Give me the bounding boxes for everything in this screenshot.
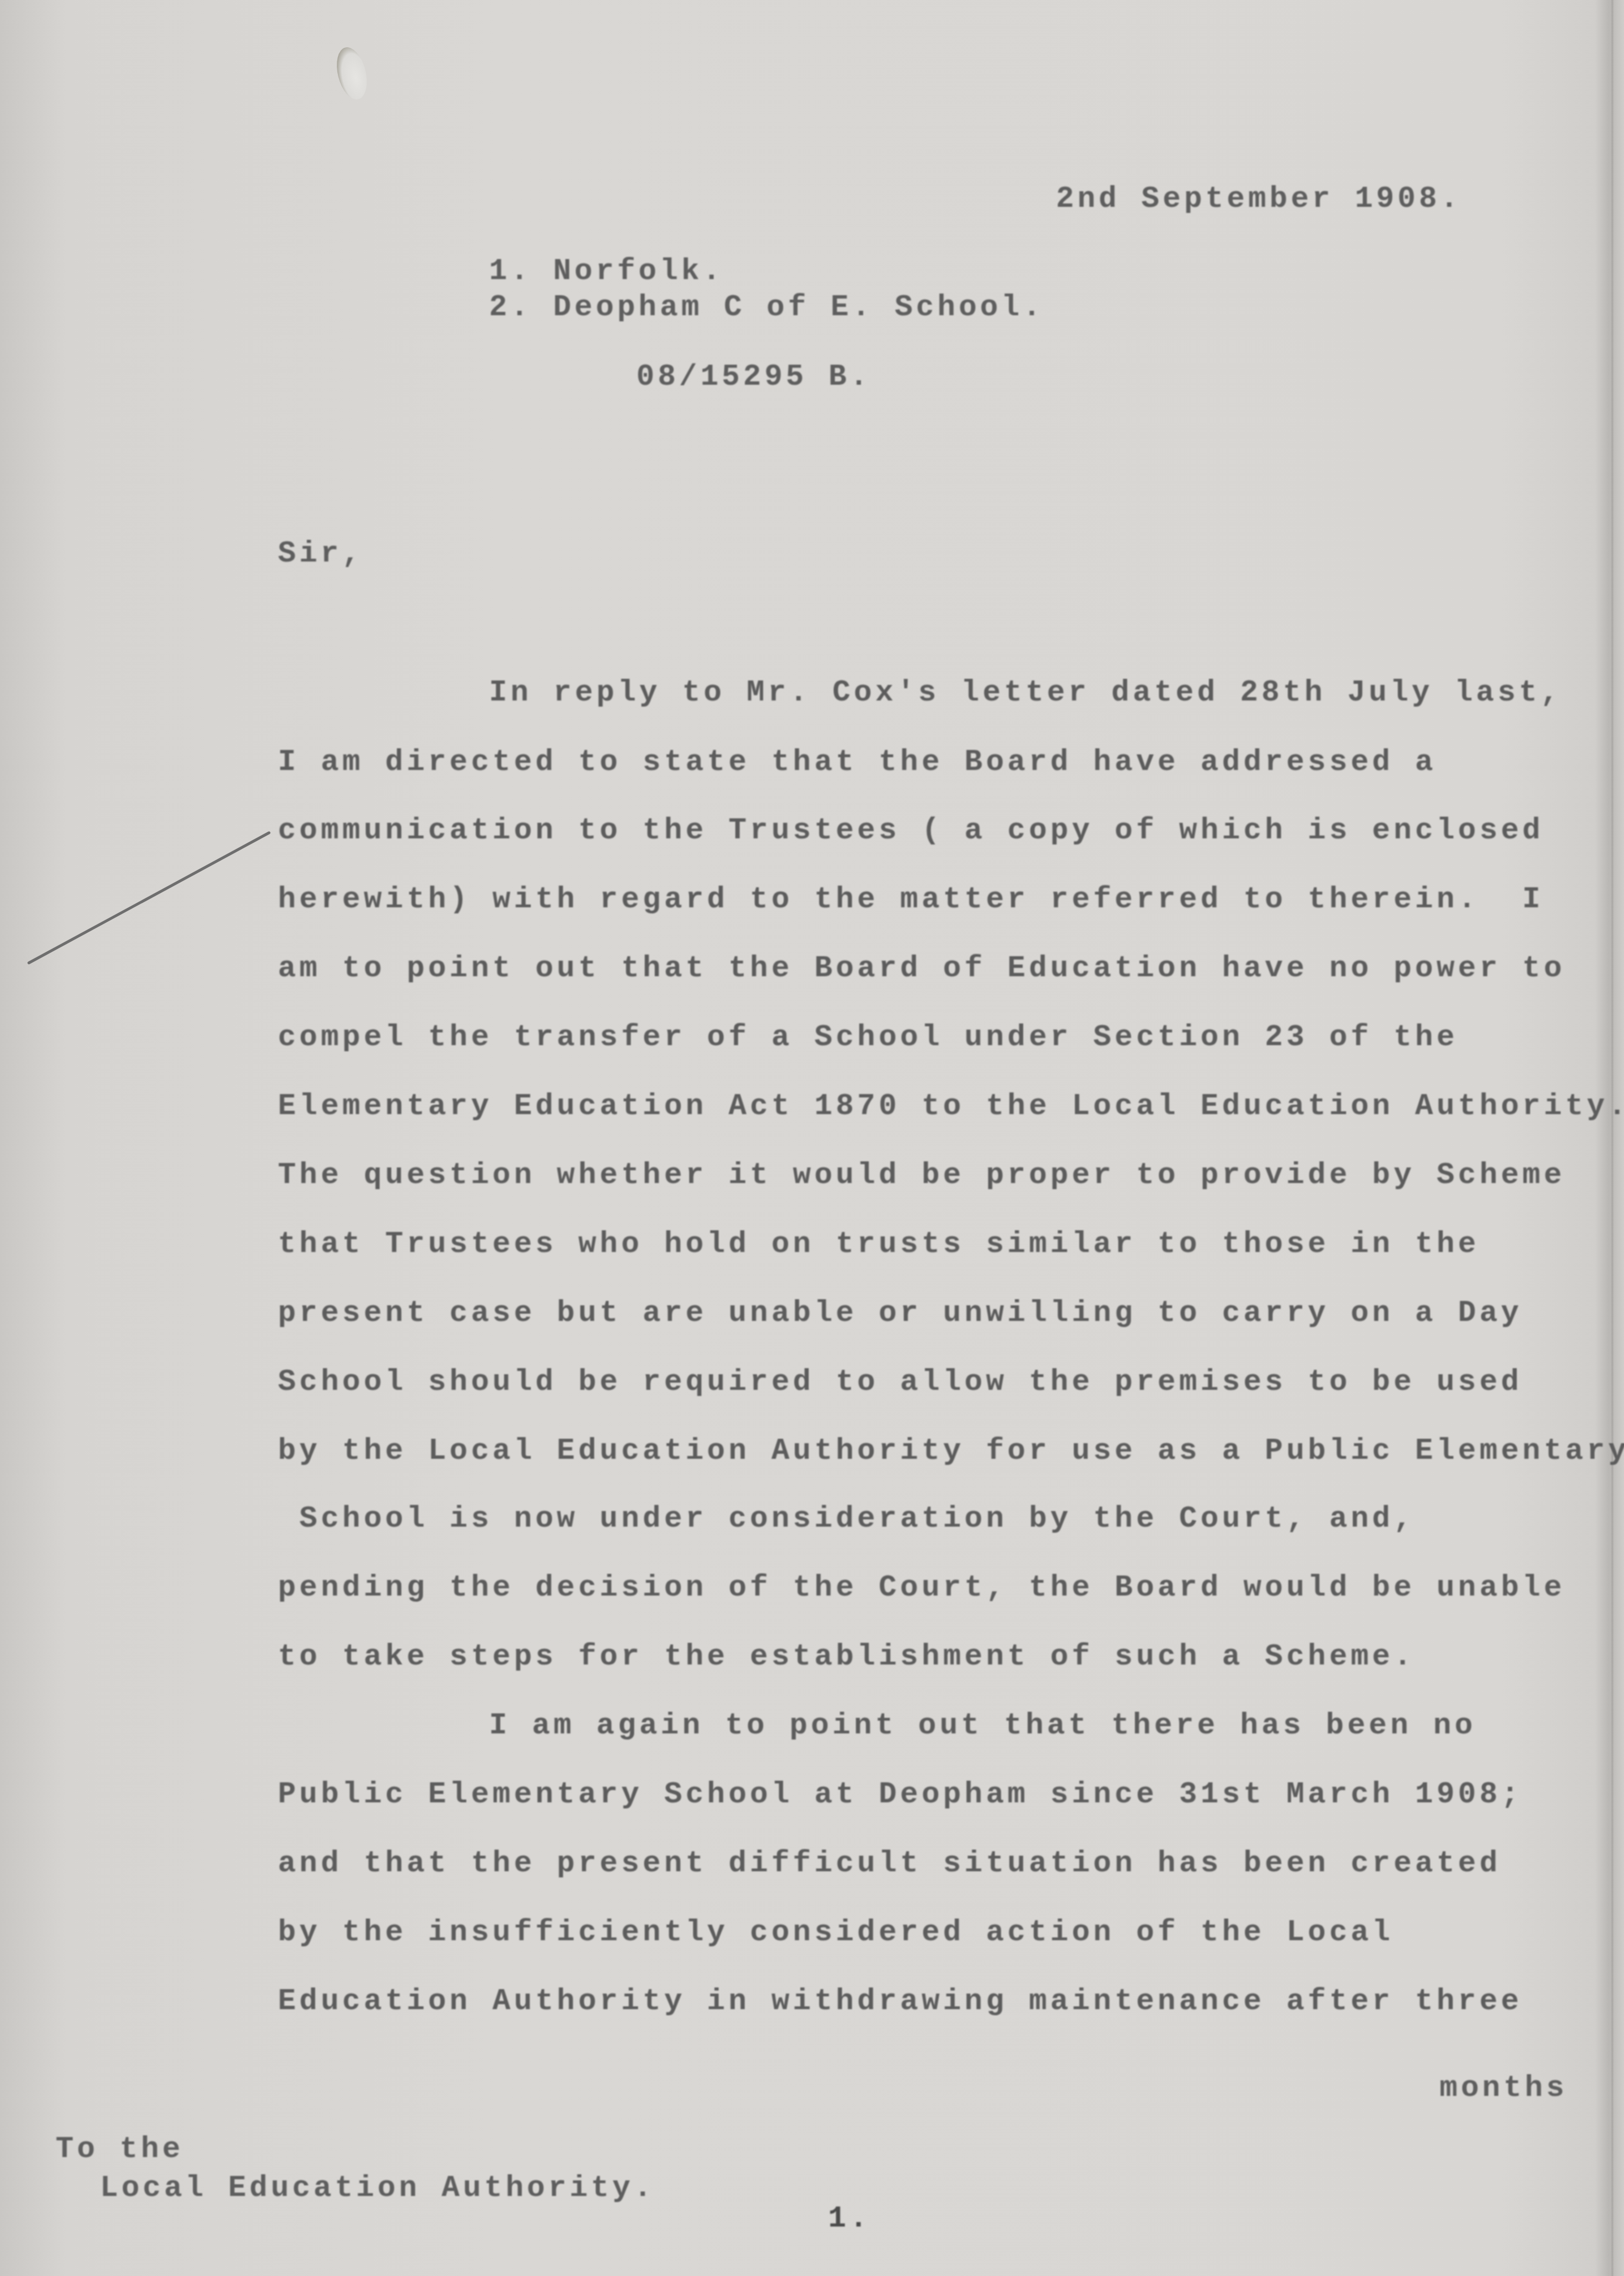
body-line: The question whether it would be proper … — [278, 1161, 1565, 1191]
body-line: compel the transfer of a School under Se… — [278, 1023, 1458, 1053]
letter-page: 2nd September 1908. 1. Norfolk. 2. Deoph… — [0, 0, 1624, 2276]
body-line: I am directed to state that the Board ha… — [278, 748, 1437, 778]
reference-school: 2. Deopham C of E. School. — [489, 293, 1044, 323]
punch-hole-icon — [332, 44, 372, 102]
addressee-line-2: Local Education Authority. — [100, 2174, 655, 2204]
body-line: Elementary Education Act 1870 to the Loc… — [278, 1092, 1624, 1122]
body-line: pending the decision of the Court, the B… — [278, 1573, 1565, 1603]
body-line: School should be required to allow the p… — [278, 1368, 1522, 1398]
page-edge-shadow — [1611, 0, 1614, 2276]
reference-county: 1. Norfolk. — [489, 257, 724, 287]
body-line: by the Local Education Authority for use… — [278, 1437, 1624, 1467]
file-number: 08/15295 B. — [636, 362, 871, 392]
body-line: Public Elementary School at Deopham sinc… — [278, 1780, 1522, 1810]
body-line: I am again to point out that there has b… — [489, 1711, 1476, 1741]
body-line: herewith) with regard to the matter refe… — [278, 885, 1544, 915]
letter-date: 2nd September 1908. — [1056, 185, 1462, 215]
body-line: In reply to Mr. Cox's letter dated 28th … — [489, 678, 1562, 708]
pencil-margin-mark-icon — [27, 828, 271, 967]
body-line: that Trustees who hold on trusts similar… — [278, 1230, 1479, 1260]
body-line: and that the present difficult situation… — [278, 1849, 1501, 1879]
body-line: Education Authority in withdrawing maint… — [278, 1987, 1522, 2017]
addressee-line-1: To the — [56, 2135, 183, 2165]
body-line: communication to the Trustees ( a copy o… — [278, 816, 1544, 846]
page-number: 1. — [828, 2204, 871, 2234]
body-line: by the insufficiently considered action … — [278, 1918, 1393, 1948]
body-line: to take steps for the establishment of s… — [278, 1642, 1415, 1672]
body-line: am to point out that the Board of Educat… — [278, 954, 1565, 984]
body-line: present case but are unable or unwilling… — [278, 1299, 1522, 1329]
salutation: Sir, — [278, 539, 363, 569]
body-line: School is now under consideration by the… — [278, 1504, 1415, 1534]
continuation-word: months — [1439, 2074, 1567, 2104]
